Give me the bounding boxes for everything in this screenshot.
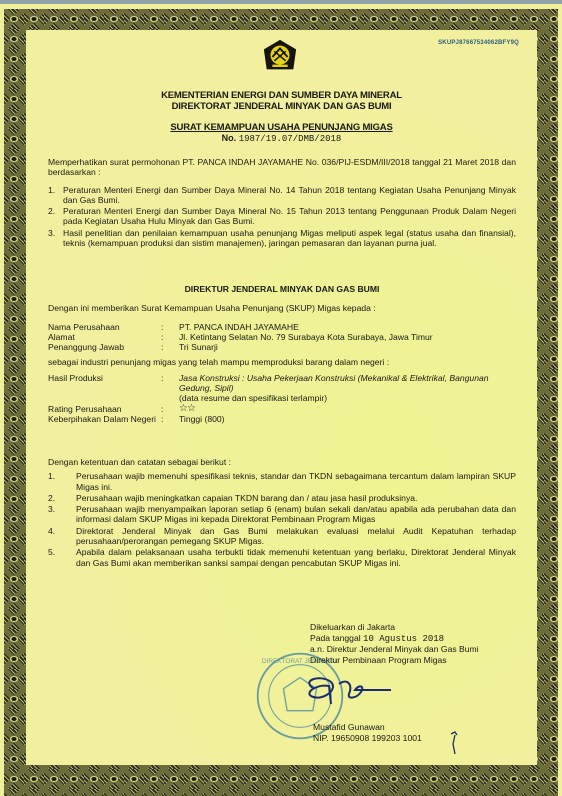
- consideration-item: 3.Hasil penelitian dan penilaian kemampu…: [48, 228, 516, 249]
- considerations-list: 1.Peraturan Menteri Energi dan Sumber Da…: [48, 185, 516, 249]
- signature-icon: [291, 670, 411, 710]
- grant-section: DIREKTUR JENDERAL MINYAK DAN GAS BUMI De…: [48, 284, 516, 424]
- document-title: SURAT KEMAMPUAN USAHA PENUNJANG MIGAS: [26, 122, 537, 133]
- local-content-label: Keberpihakan Dalam Negeri: [48, 414, 161, 424]
- certificate-paper: SKUPJ87667534062BFY9Q KEMENTERIAN ENERGI…: [26, 30, 537, 765]
- date-label: Pada tanggal: [310, 633, 361, 643]
- conditions-list: 1.Perusahaan wajib memenuhi spesifikasi …: [48, 471, 516, 568]
- signer-name: Mustafid Gunawan: [313, 722, 422, 733]
- product-label: Hasil Produksi: [48, 373, 161, 404]
- address-label: Alamat: [48, 332, 161, 342]
- condition-item: 4.Direktorat Jenderal Minyak dan Gas Bum…: [48, 526, 516, 547]
- rating-label: Rating Perusahaan: [48, 404, 161, 414]
- company-details: Nama Perusahaan:PT. PANCA INDAH JAYAMAHE…: [48, 322, 516, 353]
- document-number: No. 1987/19.07/DMB/2018: [26, 133, 537, 144]
- signature-block: Dikeluarkan di Jakarta Pada tanggal 10 A…: [310, 622, 479, 665]
- ministry-header: KEMENTERIAN ENERGI DAN SUMBER DAYA MINER…: [26, 90, 537, 101]
- condition-item: 3.Perusahaan wajib menyampaikan laporan …: [48, 504, 516, 525]
- product-details: Hasil Produksi: Jasa Konstruksi : Usaha …: [48, 373, 516, 424]
- industry-text: sebagai industri penunjang migas yang te…: [48, 357, 516, 367]
- initial-mark-icon: [448, 730, 462, 756]
- consideration-item: 1.Peraturan Menteri Energi dan Sumber Da…: [48, 185, 516, 206]
- signer-nip: NIP. 19650908 199203 1001: [313, 733, 422, 744]
- local-content-value: Tinggi (800): [179, 414, 516, 424]
- condition-item: 2.Perusahaan wajib meningkatkan capaian …: [48, 493, 516, 503]
- product-value: Jasa Konstruksi : Usaha Pekerjaan Konstr…: [179, 373, 516, 394]
- esdm-emblem-icon: [261, 38, 299, 76]
- top-strip: [0, 0, 562, 4]
- grant-text: Dengan ini memberikan Surat Kemampuan Us…: [48, 303, 516, 313]
- on-behalf: a.n. Direktur Jenderal Minyak dan Gas Bu…: [310, 644, 479, 655]
- rating-stars-icon: ☆☆: [179, 404, 516, 414]
- number-value: 1987/19.07/DMB/2018: [239, 134, 342, 144]
- number-label: No.: [222, 133, 237, 143]
- document-code: SKUPJ87667534062BFY9Q: [438, 40, 519, 46]
- signer-position: Direktur Pembinaan Program Migas: [310, 655, 479, 666]
- pic-value: Tri Sunarji: [179, 342, 516, 352]
- address-value: Jl. Ketintang Selatan No. 79 Surabaya Ko…: [179, 332, 516, 342]
- intro-text: Memperhatikan surat permohonan PT. PANCA…: [48, 157, 516, 178]
- issued-place: Dikeluarkan di Jakarta: [310, 622, 479, 633]
- conditions-section: Dengan ketentuan dan catatan sebagai ber…: [48, 457, 516, 569]
- directorate-header: DIREKTORAT JENDERAL MINYAK DAN GAS BUMI: [26, 101, 537, 112]
- intro-section: Memperhatikan surat permohonan PT. PANCA…: [48, 157, 516, 249]
- condition-item: 5.Apabila dalam pelaksanaan usaha terbuk…: [48, 547, 516, 568]
- conditions-intro: Dengan ketentuan dan catatan sebagai ber…: [48, 457, 516, 467]
- pic-label: Penanggung Jawab: [48, 342, 161, 352]
- issuer-heading: DIREKTUR JENDERAL MINYAK DAN GAS BUMI: [48, 284, 516, 294]
- consideration-item: 2.Peraturan Menteri Energi dan Sumber Da…: [48, 206, 516, 227]
- signer-block: Mustafid Gunawan NIP. 19650908 199203 10…: [313, 722, 422, 743]
- product-note: (data resume dan spesifikasi terlampir): [179, 393, 516, 403]
- company-name-label: Nama Perusahaan: [48, 322, 161, 332]
- company-name-value: PT. PANCA INDAH JAYAMAHE: [179, 322, 516, 332]
- condition-item: 1.Perusahaan wajib memenuhi spesifikasi …: [48, 471, 516, 492]
- issue-date: 10 Agustus 2018: [363, 634, 444, 644]
